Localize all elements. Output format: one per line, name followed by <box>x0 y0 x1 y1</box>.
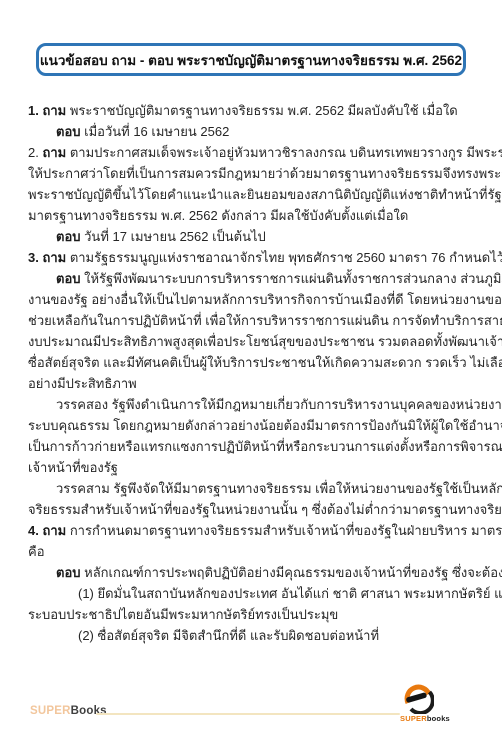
doc-line: อย่างมีประสิทธิภาพ <box>28 373 476 394</box>
line-text: ระบอบประชาธิปไตยอันมีพระมหากษัตริย์ทรงเป… <box>28 607 338 622</box>
doc-line: 4. ถาม การกำหนดมาตรฐานทางจริยธรรมสำหรับเ… <box>28 520 476 541</box>
line-text: (2) ซื่อสัตย์สุจริต มีจิตสำนึกที่ดี และร… <box>78 628 379 643</box>
question-label: 1. ถาม <box>28 103 66 118</box>
doc-line: ซื่อสัตย์สุจริต และมีทัศนคติเป็นผู้ให้บร… <box>28 352 476 373</box>
answer-label: ตอบ <box>56 229 81 244</box>
line-text: อย่างมีประสิทธิภาพ <box>28 376 137 391</box>
line-text: ให้รัฐพึงพัฒนาระบบการบริหารราชการแผ่นดิน… <box>81 271 502 286</box>
footer-divider <box>96 713 400 715</box>
line-text: ตามประกาศสมเด็จพระเจ้าอยู่หัวมหาวชิราลงก… <box>66 145 502 160</box>
line-text: เจ้าหน้าที่ของรัฐ <box>28 460 118 475</box>
doc-line: 3. ถาม ตามรัฐธรรมนูญแห่งราชอาณาจักรไทย พ… <box>28 247 476 268</box>
question-label: 3. ถาม <box>28 250 66 265</box>
line-text: พระราชบัญญัติมาตรฐานทางจริยธรรม พ.ศ. 256… <box>66 103 458 118</box>
doc-line: ช่วยเหลือกันในการปฏิบัติหน้าที่ เพื่อให้… <box>28 310 476 331</box>
answer-label: ตอบ <box>56 124 81 139</box>
superbooks-swoosh-icon <box>402 682 434 714</box>
doc-line: ตอบ หลักเกณฑ์การประพฤติปฏิบัติอย่างมีคุณ… <box>28 562 476 583</box>
question-label: 4. ถาม <box>28 523 66 538</box>
doc-line: ระบอบประชาธิปไตยอันมีพระมหากษัตริย์ทรงเป… <box>28 604 476 625</box>
document-body: 1. ถาม พระราชบัญญัติมาตรฐานทางจริยธรรม พ… <box>28 100 476 646</box>
doc-line: ระบบคุณธรรม โดยกฎหมายดังกล่าวอย่างน้อยต้… <box>28 415 476 436</box>
line-text: ซื่อสัตย์สุจริต และมีทัศนคติเป็นผู้ให้บร… <box>28 355 502 370</box>
line-text: วรรคสาม รัฐพึงจัดให้มีมาตรฐานทางจริยธรรม… <box>56 481 502 496</box>
title-box: แนวข้อสอบ ถาม - ตอบ พระราชบัญญัติมาตรฐาน… <box>36 43 466 76</box>
line-text: เป็นการก้าวก่ายหรือแทรกแซงการปฏิบัติหน้า… <box>28 439 502 454</box>
line-text: การกำหนดมาตรฐานทางจริยธรรมสำหรับเจ้าหน้า… <box>66 523 502 538</box>
line-text: งบประมาณมีประสิทธิภาพสูงสุดเพื่อประโยชน์… <box>28 334 502 349</box>
doc-line: ให้ประกาศว่าโดยที่เป็นการสมควรมีกฎหมายว่… <box>28 163 476 184</box>
line-text: วันที่ 17 เมษายน 2562 เป็นต้นไป <box>81 229 266 244</box>
doc-line: ตอบ เมื่อวันที่ 16 เมษายน 2562 <box>28 121 476 142</box>
doc-line: วรรคสอง รัฐพึงดำเนินการให้มีกฎหมายเกี่ยว… <box>28 394 476 415</box>
doc-line: งบประมาณมีประสิทธิภาพสูงสุดเพื่อประโยชน์… <box>28 331 476 352</box>
footer-brand: SUPERBooks <box>30 705 107 717</box>
line-text: ให้ประกาศว่าโดยที่เป็นการสมควรมีกฎหมายว่… <box>28 166 502 181</box>
line-text: ช่วยเหลือกันในการปฏิบัติหน้าที่ เพื่อให้… <box>28 313 502 328</box>
logo-wordmark-books: books <box>427 714 450 723</box>
line-text: พระราชบัญญัติขึ้นไว้โดยคำแนะนำและยินยอมข… <box>28 187 502 202</box>
doc-line: พระราชบัญญัติขึ้นไว้โดยคำแนะนำและยินยอมข… <box>28 184 476 205</box>
line-text: ระบบคุณธรรม โดยกฎหมายดังกล่าวอย่างน้อยต้… <box>28 418 502 433</box>
line-text: มาตรฐานทางจริยธรรม พ.ศ. 2562 ดังกล่าว มี… <box>28 208 408 223</box>
doc-line: ตอบ วันที่ 17 เมษายน 2562 เป็นต้นไป <box>28 226 476 247</box>
footer-brand-books: Books <box>71 705 107 717</box>
doc-line: (1) ยึดมั่นในสถาบันหลักของประเทศ อันได้แ… <box>28 583 476 604</box>
page-title: แนวข้อสอบ ถาม - ตอบ พระราชบัญญัติมาตรฐาน… <box>40 49 462 71</box>
doc-line: (2) ซื่อสัตย์สุจริต มีจิตสำนึกที่ดี และร… <box>28 625 476 646</box>
line-text: เมื่อวันที่ 16 เมษายน 2562 <box>81 124 230 139</box>
doc-line: เป็นการก้าวก่ายหรือแทรกแซงการปฏิบัติหน้า… <box>28 436 476 457</box>
document-page: แนวข้อสอบ ถาม - ตอบ พระราชบัญญัติมาตรฐาน… <box>0 0 502 747</box>
doc-line: 1. ถาม พระราชบัญญัติมาตรฐานทางจริยธรรม พ… <box>28 100 476 121</box>
line-text: (1) ยึดมั่นในสถาบันหลักของประเทศ อันได้แ… <box>78 586 502 601</box>
footer-brand-super: SUPER <box>30 705 71 717</box>
doc-line: จริยธรรมสำหรับเจ้าหน้าที่ของรัฐในหน่วยงา… <box>28 499 476 520</box>
page-footer: SUPERBooks SUPERbooks <box>0 680 502 740</box>
line-text: คือ <box>28 544 45 559</box>
question-number: 2. <box>28 145 42 160</box>
doc-line: เจ้าหน้าที่ของรัฐ <box>28 457 476 478</box>
answer-label: ตอบ <box>56 565 81 580</box>
doc-line: มาตรฐานทางจริยธรรม พ.ศ. 2562 ดังกล่าว มี… <box>28 205 476 226</box>
line-text: วรรคสอง รัฐพึงดำเนินการให้มีกฎหมายเกี่ยว… <box>56 397 502 412</box>
doc-line: งานของรัฐ อย่างอื่นให้เป็นไปตามหลักการบร… <box>28 289 476 310</box>
publisher-logo: SUPERbooks <box>400 682 452 726</box>
logo-wordmark-super: SUPER <box>400 714 427 723</box>
line-text: งานของรัฐ อย่างอื่นให้เป็นไปตามหลักการบร… <box>28 292 502 307</box>
logo-wordmark: SUPERbooks <box>400 714 450 723</box>
doc-line: คือ <box>28 541 476 562</box>
line-text: จริยธรรมสำหรับเจ้าหน้าที่ของรัฐในหน่วยงา… <box>28 502 502 517</box>
question-label: ถาม <box>42 145 66 160</box>
answer-label: ตอบ <box>56 271 81 286</box>
doc-line: วรรคสาม รัฐพึงจัดให้มีมาตรฐานทางจริยธรรม… <box>28 478 476 499</box>
line-text: ตามรัฐธรรมนูญแห่งราชอาณาจักรไทย พุทธศักร… <box>66 250 502 265</box>
doc-line: 2. ถาม ตามประกาศสมเด็จพระเจ้าอยู่หัวมหาว… <box>28 142 476 163</box>
doc-line: ตอบ ให้รัฐพึงพัฒนาระบบการบริหารราชการแผ่… <box>28 268 476 289</box>
line-text: หลักเกณฑ์การประพฤติปฏิบัติอย่างมีคุณธรรม… <box>81 565 502 580</box>
